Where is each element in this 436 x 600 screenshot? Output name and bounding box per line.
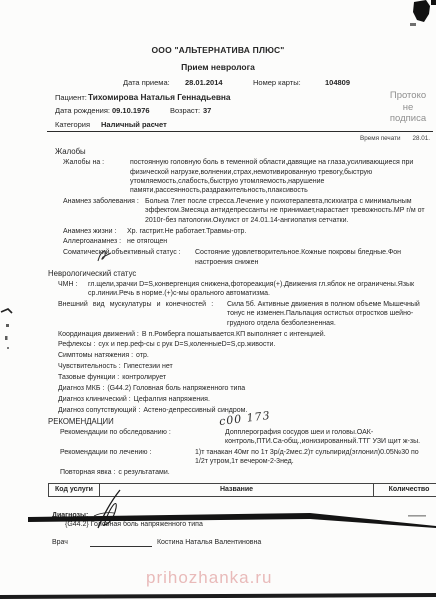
stamp-line: Протоко [381,90,435,102]
print-time-label: Время печати [360,135,400,142]
field-value: Цефалгия напряжения. [134,395,210,404]
patient-name: Тихомирова Наталья Геннадьевна [88,92,231,102]
field-row: Рекомендации по лечению : 1)т танакан 40… [60,448,432,467]
field-value: гл.щели,зрачки D=S,конвергенция снижена,… [88,280,432,299]
field-value: контролирует [122,373,166,382]
doctor-row: Врач Костина Наталья Валентиновна [52,538,432,547]
field-value: Хр. гастрит.Не работает.Травмы-отр. [127,227,246,236]
field-value: Больна 7лет после стресса.Лечение у псих… [145,197,432,225]
protocol-not-signed-stamp: Протоко не подписа [381,90,435,125]
age-label: Возраст: [170,106,200,115]
doctor-name: Костина Наталья Валентиновна [157,538,261,547]
clinic-name: ООО "АЛЬТЕРНАТИВА ПЛЮС" [0,45,436,55]
field-row: ЧМН : гл.щели,зрачки D=S,конвергенция сн… [58,280,432,299]
age-value: 37 [203,106,211,115]
field-label: Соматический объективный статус : [63,248,192,267]
print-time: Время печати 28.01. [290,135,430,142]
field-value: 1)т танакан 40мг по 1т 3р/д-2мес.2)т сул… [195,448,432,467]
visit-type: Прием невролога [0,62,436,72]
field-row: Анамнез заболевания : Больна 7лет после … [63,197,432,225]
site-watermark: prihozhanka.ru [146,568,272,588]
field-value: сух и пер.реф-сы с рук D=S,коленныеD=S,с… [98,340,275,349]
field-row: Соматический объективный статус : Состоя… [63,248,432,267]
field-row: Рекомендации по обследованию : Допплерог… [60,428,432,447]
field-row: Рефлексы : сух и пер.реф-сы с рук D=S,ко… [58,340,432,349]
scanned-medical-protocol: ООО "АЛЬТЕРНАТИВА ПЛЮС" Прием невролога … [0,0,436,600]
field-row: Координация движений : В п.Ромберга поша… [58,330,432,339]
visit-date-label: Дата приема: [123,78,170,87]
field-label: Чувствительность : [58,362,121,371]
section-complaints-title: Жалобы [55,147,432,156]
pen-scribble-mark [94,246,116,264]
field-label: Внешний вид мускулатуры и конечностей : [58,300,224,328]
field-value: не отягощен [127,237,167,246]
field-label: Рекомендации по обследованию : [60,428,222,447]
category-label: Категория [55,120,90,129]
field-label: Анамнез жизни : [63,227,124,236]
field-label: Анамнез заболевания : [63,197,142,225]
patient-label: Пациент: [55,93,87,102]
field-label: Координация движений : [58,330,139,339]
field-row: Повторная явка : с результатами. [60,468,432,477]
header-divider [47,131,433,132]
birth-date-value: 09.10.1976 [112,106,150,115]
field-label: Повторная явка : [60,468,115,477]
field-value: (G44.2) Головная боль напряженного типа [107,384,245,393]
field-row: Анамнез жизни : Хр. гастрит.Не работает.… [63,227,432,236]
category-value: Наличный расчет [101,120,167,129]
field-row: Аллергоанамнез : не отягощен [63,237,432,246]
field-row: Внешний вид мускулатуры и конечностей : … [58,300,432,328]
field-label: ЧМН : [58,280,85,299]
scan-streak-artifact [0,503,436,539]
field-label: Рекомендации по лечению : [60,448,192,467]
field-row: Диагноз клинический : Цефалгия напряжени… [58,395,432,404]
field-value: отр. [136,351,149,360]
field-label: Симптомы натяжения : [58,351,133,360]
field-label: Рефлексы : [58,340,95,349]
field-value: постоянную головную боль в теменной обла… [130,158,422,195]
section-neuro-title: Неврологический статус [48,269,432,278]
field-value: Допплерография сосудов шеи и головы.ОАК-… [225,428,432,447]
print-time-value: 28.01. [412,135,430,142]
field-label: Жалобы на : [63,158,127,195]
field-value: В п.Ромберга пошатывается.КП выполняет с… [142,330,326,339]
field-row: Жалобы на : постоянную головную боль в т… [63,158,432,195]
field-label: Диагноз МКБ : [58,384,104,393]
stamp-line: подписа [381,113,435,125]
field-row: Тазовые функции : контролирует [58,373,432,382]
services-col-qty: Количество [374,483,436,496]
field-label: Тазовые функции : [58,373,119,382]
field-row: Симптомы натяжения : отр. [58,351,432,360]
field-row: Чувствительность : Гипестезии нет [58,362,432,371]
birth-date-label: Дата рождения: [55,106,110,115]
field-row: Диагноз МКБ : (G44.2) Головная боль напр… [58,384,432,393]
doctor-label: Врач [52,538,68,547]
field-value: Сила 5б. Активные движения в полном объе… [227,300,430,328]
scan-bottom-edge [0,593,436,598]
card-number-value: 104809 [325,78,350,87]
services-col-name: Название [100,483,374,496]
scan-corner-blob [406,0,436,32]
field-value: Гипестезии нет [124,362,173,371]
stamp-line: не [381,102,435,114]
scan-margin-marks [0,306,16,352]
field-label: Диагноз клинический : [58,395,131,404]
field-value: с результатами. [118,468,169,477]
visit-date-value: 28.01.2014 [185,78,223,87]
field-value: Состояние удовлетворительное.Кожные покр… [195,248,428,267]
card-number-label: Номер карты: [253,78,301,87]
field-label: Диагноз сопутствующий : [58,406,140,415]
signature-line [90,538,152,547]
